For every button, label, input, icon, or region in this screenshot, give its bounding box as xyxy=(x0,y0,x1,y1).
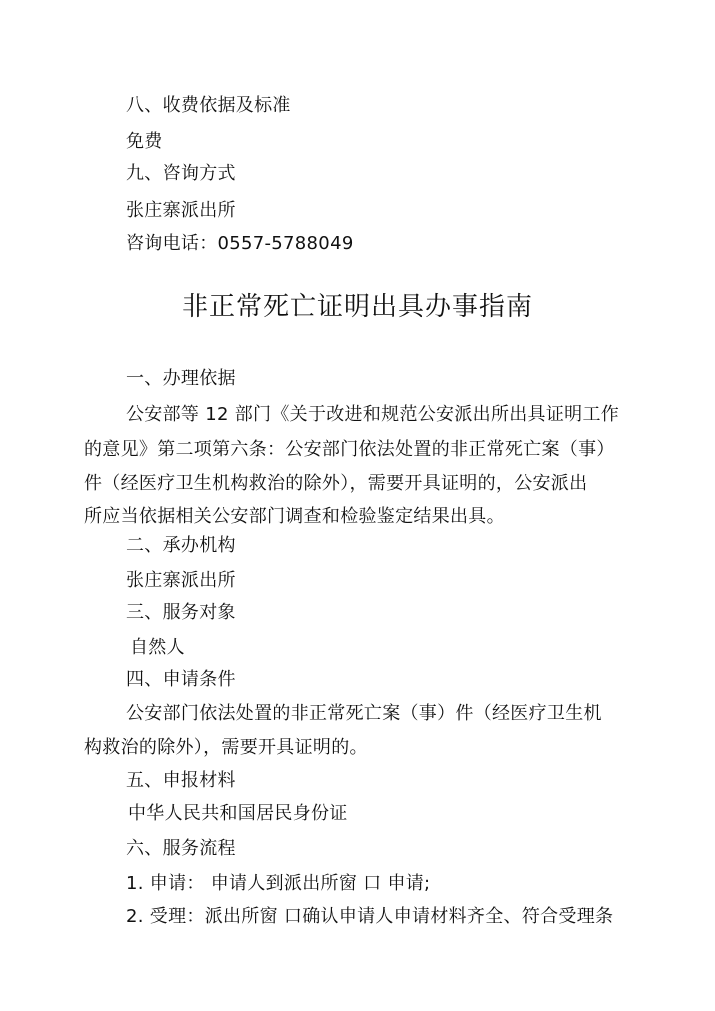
materials-value: 中华人民共和国居民身份证 xyxy=(128,803,348,825)
section-heading-fee: 八、收费依据及标准 xyxy=(126,95,291,117)
section-heading-basis: 一、办理依据 xyxy=(126,368,236,390)
document-title: 非正常死亡证明出具办事指南 xyxy=(0,292,715,322)
consult-phone: 0557-5788049 xyxy=(218,233,354,254)
section-heading-conditions: 四、申请条件 xyxy=(126,669,236,691)
consult-phone-label: 咨询电话： xyxy=(126,233,218,254)
basis-line-1: 公安部等 12 部门《关于改进和规范公安派出所出具证明工作 xyxy=(126,404,619,426)
process-step-1: 1. 申请： 申请人到派出所窗 口 申请; xyxy=(126,873,430,895)
basis-line-2: 的意见》第二项第六条：公安部门依法处置的非正常死亡案（事） xyxy=(84,439,615,461)
target-value: 自然人 xyxy=(130,637,185,659)
basis-line-3: 件（经医疗卫生机构救治的除外），需要开具证明的，公安派出 xyxy=(84,473,587,495)
section-heading-process: 六、服务流程 xyxy=(126,838,236,860)
consult-org: 张庄寨派出所 xyxy=(126,200,236,222)
basis-line-4: 所应当依据相关公安部门调查和检验鉴定结果出具。 xyxy=(84,506,505,528)
process-step-2: 2. 受理：派出所窗 口确认申请人申请材料齐全、符合受理条 xyxy=(126,906,613,928)
section-heading-target: 三、服务对象 xyxy=(126,602,236,624)
conditions-line-1: 公安部门依法处置的非正常死亡案（事）件（经医疗卫生机 xyxy=(126,703,602,725)
section-heading-materials: 五、申报材料 xyxy=(126,770,236,792)
conditions-line-2: 构救治的除外），需要开具证明的。 xyxy=(84,737,368,759)
fee-value: 免费 xyxy=(126,131,163,153)
consult-phone-line: 咨询电话：0557-5788049 xyxy=(126,233,354,255)
section-heading-agency: 二、承办机构 xyxy=(126,535,236,557)
section-heading-consult: 九、咨询方式 xyxy=(126,163,236,185)
agency-value: 张庄寨派出所 xyxy=(126,570,236,592)
